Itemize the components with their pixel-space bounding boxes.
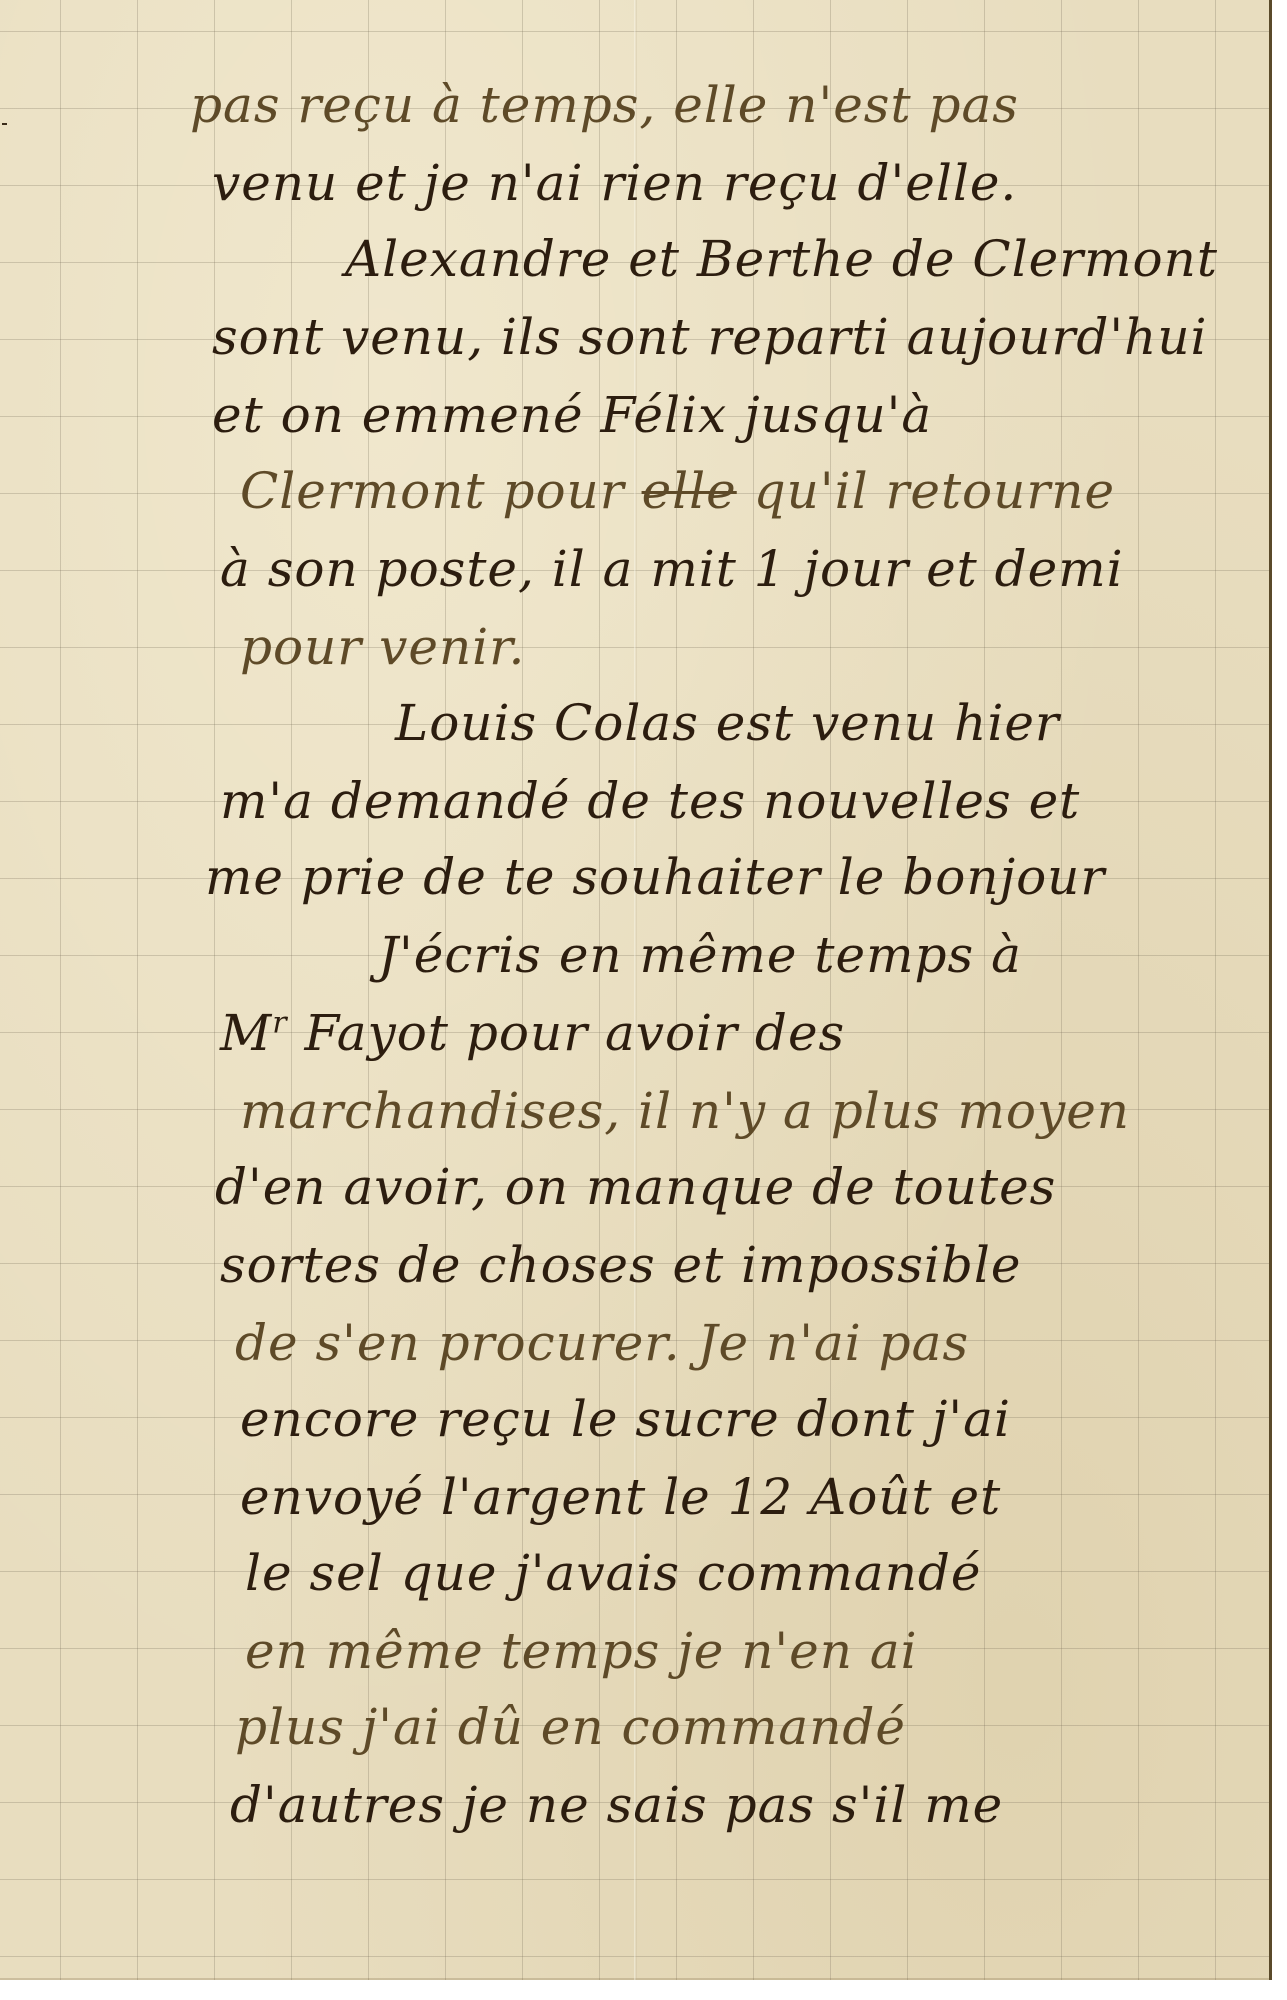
handwritten-line: à son poste, il a mit 1 jour et demi (220, 544, 1124, 594)
struck-through-word: elle (642, 462, 737, 520)
abbreviation: M (220, 1004, 272, 1062)
handwritten-line: encore reçu le sucre dont j'ai (240, 1394, 1011, 1444)
handwritten-line: m'a demandé de tes nouvelles et (220, 776, 1080, 826)
line-text: qu'il retourne (737, 462, 1115, 520)
handwritten-line: d'autres je ne sais pas s'il me (230, 1780, 1003, 1830)
paper-fold-crease (634, 0, 637, 1980)
margin-ink-mark (2, 123, 7, 125)
handwritten-line: envoyé l'argent le 12 Août et (240, 1472, 1001, 1522)
handwritten-line: me prie de te souhaiter le bonjour (205, 852, 1105, 902)
handwritten-line: sortes de choses et impossible (220, 1240, 1021, 1290)
handwritten-line: venu et je n'ai rien reçu d'elle. (212, 158, 1017, 208)
handwritten-line: en même temps je n'en ai (245, 1626, 918, 1676)
handwritten-line: le sel que j'avais commandé (245, 1548, 982, 1598)
line-text: Fayot pour avoir des (288, 1004, 846, 1062)
handwritten-line: sont venu, ils sont reparti aujourd'hui (212, 312, 1208, 362)
handwritten-line: Mr Fayot pour avoir des (220, 1008, 845, 1058)
handwritten-line: J'écris en même temps à (378, 930, 1022, 980)
handwritten-line: de s'en procurer. Je n'ai pas (235, 1318, 969, 1368)
handwritten-line: marchandises, il n'y a plus moyen (240, 1086, 1130, 1136)
handwritten-line: Clermont pour elle qu'il retourne (240, 466, 1115, 516)
abbreviation-superscript: r (272, 1005, 287, 1040)
handwritten-line: pas reçu à temps, elle n'est pas (190, 80, 1019, 130)
handwritten-line: plus j'ai dû en commandé (235, 1702, 906, 1752)
handwritten-line: et on emmené Félix jusqu'à (212, 390, 932, 440)
line-text: Clermont pour (240, 462, 642, 520)
handwritten-line: d'en avoir, on manque de toutes (215, 1162, 1056, 1212)
handwritten-line: pour venir. (240, 622, 525, 672)
letter-page: pas reçu à temps, elle n'est pas venu et… (0, 0, 1272, 1980)
handwritten-line: Alexandre et Berthe de Clermont (345, 234, 1218, 284)
handwritten-line: Louis Colas est venu hier (395, 698, 1060, 748)
